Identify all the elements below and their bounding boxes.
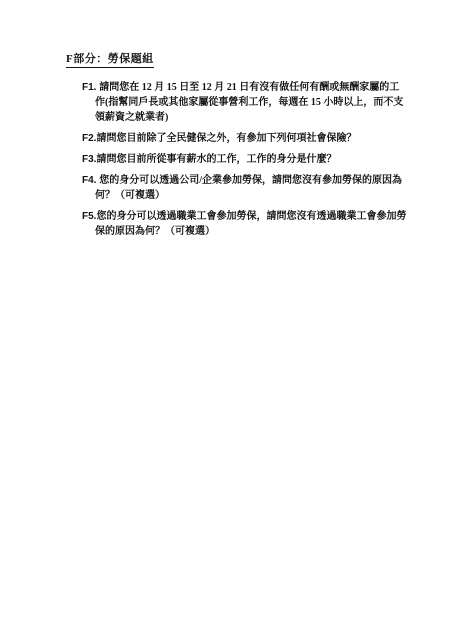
question-list: F1. 請問您在 12 月 15 日至 12 月 21 日有沒有做任何有酬或無酬… xyxy=(82,80,442,245)
question-text: 請問您目前所從事有薪水的工作，工作的身分是什麼？ xyxy=(96,154,336,165)
question-line: 何？（可複選） xyxy=(82,188,442,203)
question-line: 保的原因為何？（可複選） xyxy=(82,224,442,239)
question-line: 作(指幫同戶長或其他家屬從事營利工作，每週在 15 小時以上，而不支 xyxy=(82,95,442,110)
question-f3: F3.請問您目前所從事有薪水的工作，工作的身分是什麼？ xyxy=(82,152,442,167)
question-line: F5.您的身分可以透過職業工會參加勞保，請問您沒有透過職業工會參加勞 xyxy=(82,209,442,224)
question-text: 您的身分可以透過職業工會參加勞保，請問您沒有透過職業工會參加勞 xyxy=(96,211,406,222)
question-label: F4. xyxy=(82,175,99,186)
question-text: 您的身分可以透過公司/企業參加勞保，請問您沒有參加勞保的原因為 xyxy=(99,175,402,186)
question-f1: F1. 請問您在 12 月 15 日至 12 月 21 日有沒有做任何有酬或無酬… xyxy=(82,80,442,125)
question-line: F2.請問您目前除了全民健保之外，有參加下列何項社會保險？ xyxy=(82,131,442,146)
question-label: F1. xyxy=(82,82,99,93)
question-text: 請問您在 12 月 15 日至 12 月 21 日有沒有做任何有酬或無酬家屬的工 xyxy=(99,82,399,93)
section-title: F部分：勞保題組 xyxy=(66,53,154,68)
question-line: F1. 請問您在 12 月 15 日至 12 月 21 日有沒有做任何有酬或無酬… xyxy=(82,80,442,95)
question-label: F2. xyxy=(82,133,96,144)
question-line: F3.請問您目前所從事有薪水的工作，工作的身分是什麼？ xyxy=(82,152,442,167)
question-f4: F4. 您的身分可以透過公司/企業參加勞保，請問您沒有參加勞保的原因為 何？（可… xyxy=(82,173,442,203)
document-page: F部分：勞保題組 F1. 請問您在 12 月 15 日至 12 月 21 日有沒… xyxy=(0,0,452,640)
question-line: F4. 您的身分可以透過公司/企業參加勞保，請問您沒有參加勞保的原因為 xyxy=(82,173,442,188)
question-label: F3. xyxy=(82,154,96,165)
question-text: 請問您目前除了全民健保之外，有參加下列何項社會保險？ xyxy=(96,133,356,144)
question-f2: F2.請問您目前除了全民健保之外，有參加下列何項社會保險？ xyxy=(82,131,442,146)
question-label: F5. xyxy=(82,211,96,222)
question-f5: F5.您的身分可以透過職業工會參加勞保，請問您沒有透過職業工會參加勞 保的原因為… xyxy=(82,209,442,239)
question-line: 領薪資之就業者) xyxy=(82,110,442,125)
